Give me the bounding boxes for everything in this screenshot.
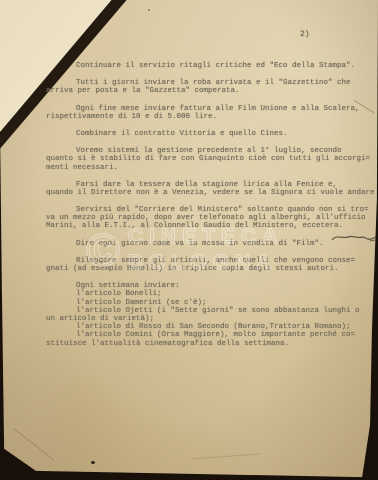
typed-line: menti necessari. [46, 164, 376, 172]
typed-line: Dire ogni giorno come va la messa in ven… [46, 240, 376, 248]
typed-line: rispettivamente di 10 e di 5.000 lire. [46, 113, 376, 121]
typed-line: l'articolo Comini (Orsa Maggiore), molto… [46, 331, 376, 339]
typed-line: arriva per posta e la "Gazzetta" compera… [46, 87, 376, 95]
typed-line: gnati (ad esempio Bonelli) in triplice c… [46, 265, 376, 273]
typed-line: Ogni fine mese inviare fattura alle Film… [46, 105, 376, 113]
typed-line: quanto si è stabilito di fare con Gianqu… [46, 155, 376, 163]
typed-line: l'articolo Damerini (se c'è); [46, 299, 376, 307]
typed-line: Farsi dare la tessera della stagione lir… [46, 181, 376, 189]
ink-dot [91, 461, 95, 464]
page-number: 2) [300, 30, 310, 39]
paper-speck [148, 9, 150, 11]
typed-line: un articolo di varietà); [46, 315, 376, 323]
typed-line: quando il Direttore non è a Venezia, ved… [46, 189, 376, 197]
handwritten-pen-mark [330, 230, 378, 244]
typed-line: l'articolo Bonelli; [46, 290, 376, 298]
typed-line: l'articolo Ojetti (i "Sette giorni" se s… [46, 307, 376, 315]
typed-lines: Continuare il servizio ritagli critiche … [46, 62, 376, 348]
typed-line: Rileggere sempre gli articoli, anche que… [46, 257, 376, 265]
typed-line: stituisce l'attualità cinematografica de… [46, 340, 376, 348]
typed-line: Continuare il servizio ritagli critiche … [46, 62, 376, 70]
typed-line: Marini, alla E.T.I., al Colonnello Gaudi… [46, 222, 376, 230]
typed-line: Combinare il contratto Vittoria e quello… [46, 130, 376, 138]
